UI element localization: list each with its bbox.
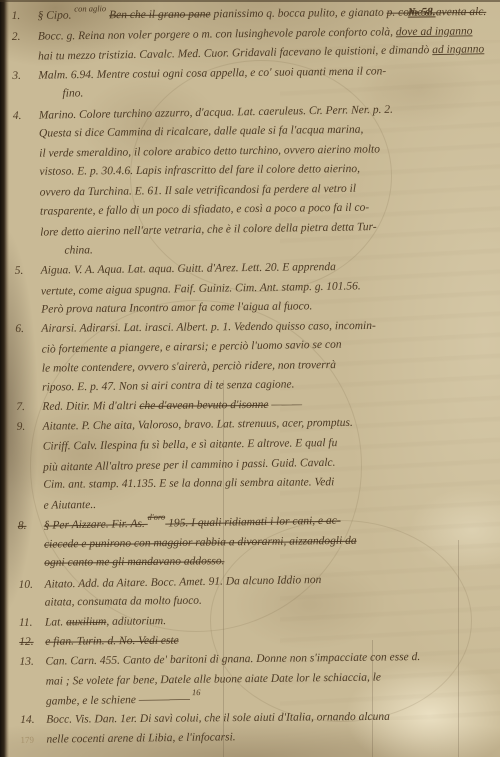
text-segment: Cim. ant. stamp. 41.135. E se la donna g… [43,476,334,491]
text-segment: Malm. 6.94. Mentre costui ogni cosa appe… [38,65,386,81]
text-segment: Ciriff. Calv. Ilespina fu sì bella, e sì… [43,437,338,453]
entry-number: 3. [12,66,21,86]
text-segment: Aitante. P. Che aita, Valoroso, bravo. L… [43,417,353,433]
text-segment: Però prova natura Incontro amor fa come … [41,300,312,315]
text-segment: Red. Ditir. Mi d'altri [42,400,139,413]
text-segment: mai ; Se volete far bene, Datele alle bu… [46,671,381,687]
text-segment: lore detto aierino nell'arte vetraria, c… [40,221,377,239]
text-segment: Aitato. Add. da Aitare. Bocc. Amet. 91. … [44,574,321,591]
struck-text: § Per Aizzare. Fir. As. [44,518,148,532]
entry-number: 11. [19,614,33,634]
interlinear-note: con aglio [74,3,106,13]
entry-number: 10. [18,576,33,596]
text-segment: nelle cocenti arene di Libia, e l'infoca… [46,731,235,745]
entry-number: 2. [12,27,21,47]
text-segment: ciò fortemente a piangere, e airarsi; e … [42,339,342,356]
text-segment: fino. [62,88,83,100]
entry-number: 7. [16,398,25,418]
text-segment: § Cipo. [38,10,75,22]
entry-number: 5. [15,262,24,282]
entry-number: 8. [18,517,27,537]
entry-number: 14. [20,711,35,731]
struck-text: ogni canto me gli mandavano addosso. [44,556,224,570]
text-segment: vistoso. E. p. 30.4.6. Lapis infrascritt… [39,163,360,178]
text-segment: più aitante All'altro prese per il cammi… [43,456,336,473]
struck-text: p. come si aventa alc. [387,6,487,19]
text-segment: , adiutorium. [106,615,166,628]
struck-text: 195. I quali ridiamati i lor cani, e ac- [165,515,341,530]
struck-text: auxilium [66,616,106,628]
text-segment: trasparente, e fallo di un poco di sfiad… [40,202,369,218]
entry-number: 1. [12,7,21,27]
text-segment: le molte contendere, ovvero s'airerà, pe… [42,359,336,375]
faint-margin-number: 179 [20,731,34,751]
binding-edge [0,0,9,757]
interlinear-note: 16 [190,687,201,697]
text-segment: ovvero da Turchina. E. 61. Il sale vetri… [40,183,356,199]
struck-text: che d'avean bevuto d'isonne [139,399,268,412]
text-segment: hai tu mezzo tristizia. Cavalc. Med. Cuo… [38,44,432,63]
text-segment: Bocc. Vis. Dan. 1er. Di savì colui, che … [46,710,390,725]
manuscript-text: 1.§ Cipo. con aglio Ben che il grano pan… [7,2,500,751]
text-segment: china. [64,244,93,256]
folio-number: № 58. [408,3,436,23]
entry-number: 4. [13,107,22,127]
text-segment: Airarsi. Adirarsi. Lat. irasci. Albert. … [41,320,375,335]
text-segment: il verde smeraldino, il colore arabico d… [39,143,380,159]
entry-number: 6. [15,320,24,340]
text-segment: ————— [139,693,190,706]
text-segment: vertute, come aigua spugna. Faif. Guiniz… [41,280,361,297]
struck-text: d'oro [148,512,166,522]
text-segment: gambe, e le schiene [46,694,139,708]
manuscript-line: 179nelle cocenti arene di Libia, e l'inf… [46,725,500,750]
underlined-text: ad inganno [432,43,484,56]
entry-number: 9. [16,418,25,438]
text-segment: ——— [268,398,302,410]
entry-number: 12. [19,632,34,652]
text-segment: Can. Carn. 455. Canto de' baritoni di gn… [45,651,420,668]
text-segment: pianissimo q. bocca pulito, e gianato [211,7,387,21]
text-segment: Aigua. V. A. Aqua. Lat. aqua. Guitt. d'A… [41,261,336,277]
text-segment: Lat. [45,616,66,628]
struck-text: Ben che il grano pane [109,8,211,21]
struck-text: ciecede e punirono con maggior rabbia a … [44,535,357,551]
page-top-edge [0,0,500,2]
text-segment: Questa si dice Cammina di ricalcare, dal… [39,124,363,140]
entry-number: 13. [19,653,34,673]
struck-text: e fian. Turin. d. No. Vedi este [45,634,179,647]
text-segment: Bocc. g. Reina non voler porgere o m. co… [38,26,396,42]
manuscript-page: 1.§ Cipo. con aglio Ben che il grano pan… [0,0,500,757]
text-segment: Marino. Colore turchino azzurro, d'acqua… [39,103,393,121]
text-segment: riposo. E. p. 47. Non si airi contra di … [42,379,294,394]
underlined-text: dove ad inganno [396,25,473,38]
text-segment: e Aiutante.. [43,499,96,512]
text-segment: aitata, consumata da molto fuoco. [45,595,202,609]
